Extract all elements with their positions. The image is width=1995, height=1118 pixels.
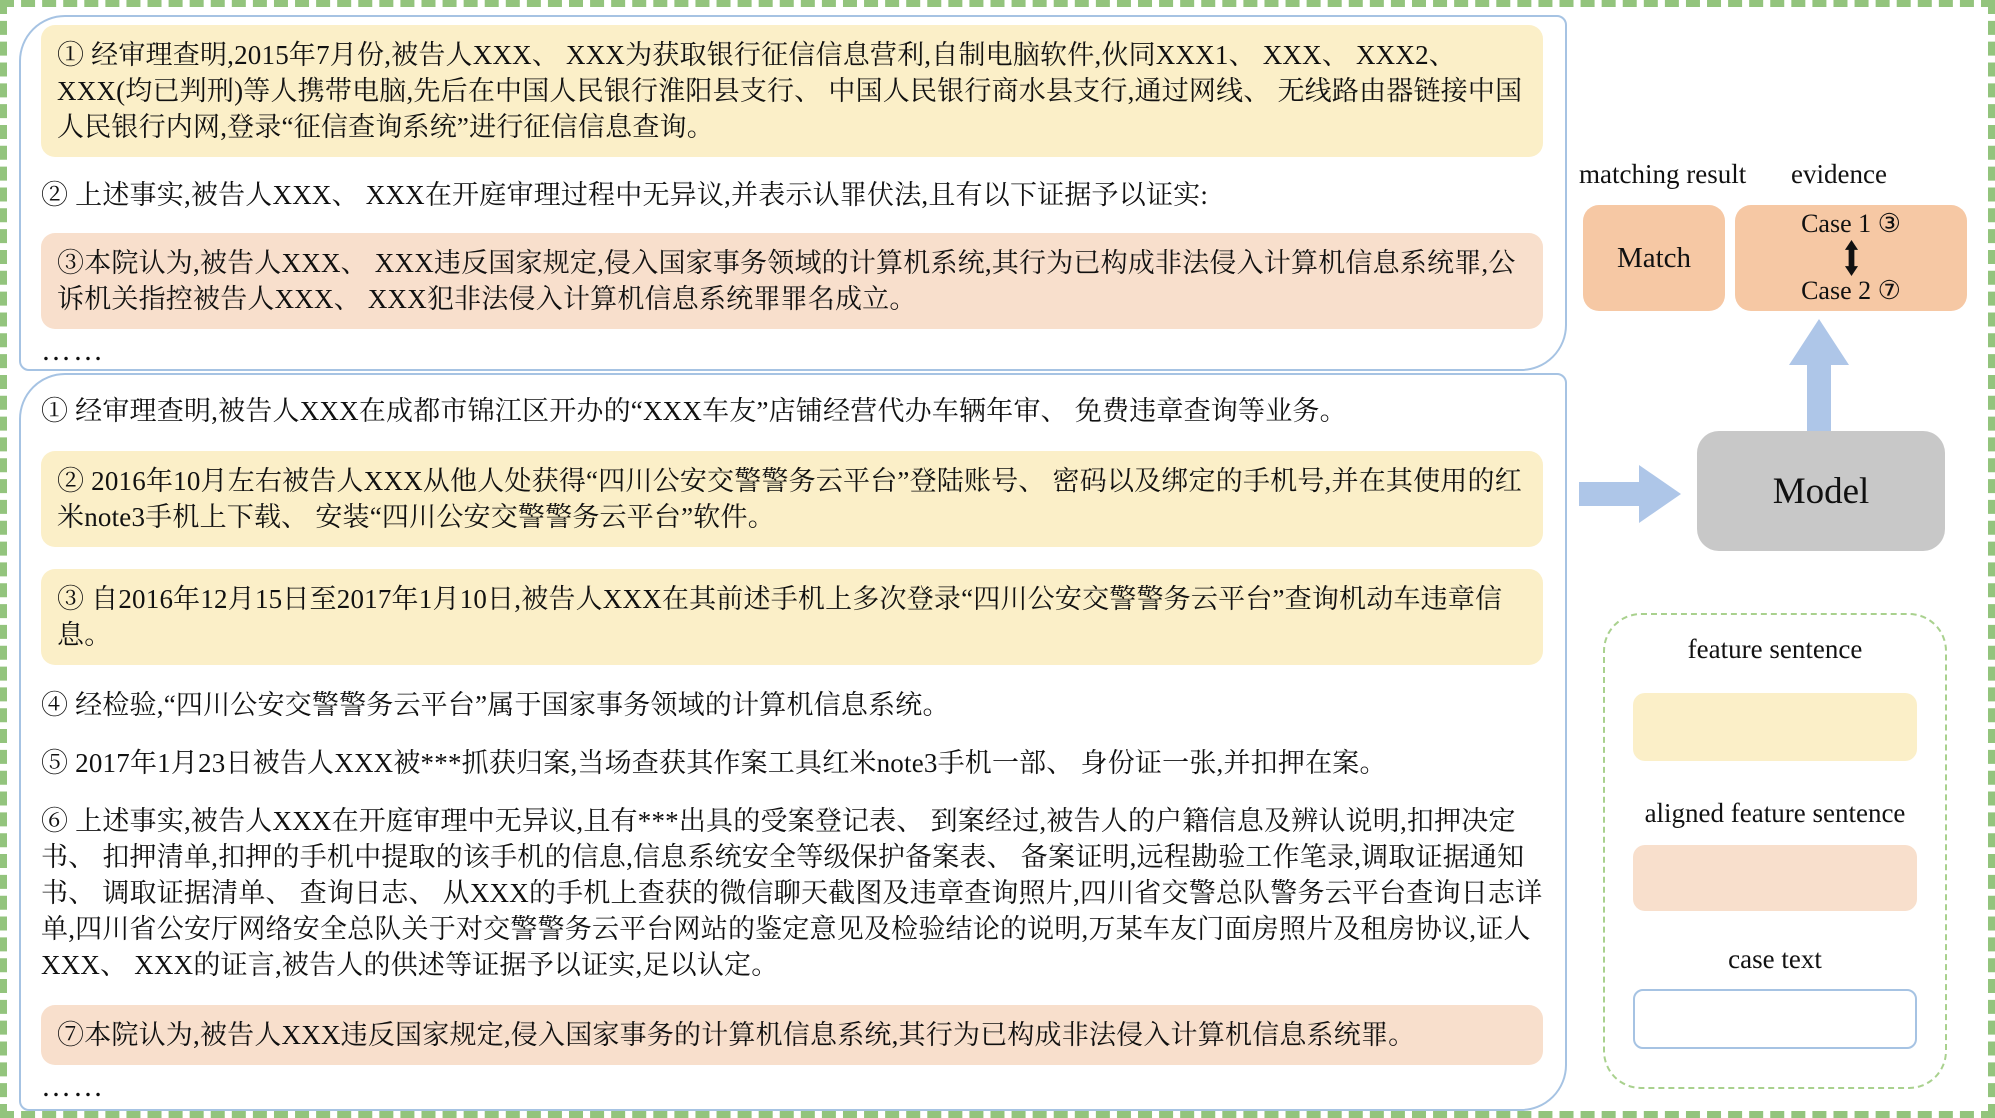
up-arrow-icon	[1789, 319, 1849, 431]
up-down-arrow-icon	[1843, 240, 1860, 276]
legend-feature-sentence-label: feature sentence	[1605, 633, 1945, 665]
case2-sentence-5: ⑤ 2017年1月23日被告人XXX被***抓获归案,当场查获其作案工具红米no…	[41, 745, 1543, 781]
case2-panel: ① 经审理查明,被告人XXX在成都市锦江区开办的“XXX车友”店铺经营代办车辆年…	[19, 373, 1567, 1111]
case1-sentence-1-feature: ① 经审理查明,2015年7月份,被告人XXX、 XXX为获取银行征信信息营利,…	[41, 25, 1543, 157]
aligned-feature-sentence-swatch	[1633, 845, 1917, 911]
match-result-box: Match	[1583, 205, 1725, 311]
case2-sentence-7-aligned: ⑦本院认为,被告人XXX违反国家规定,侵入国家事务的计算机信息系统,其行为已构成…	[41, 1005, 1543, 1065]
feature-sentence-swatch	[1633, 693, 1917, 761]
case2-sentence-6: ⑥ 上述事实,被告人XXX在开庭审理中无异议,且有***出具的受案登记表、 到案…	[41, 803, 1543, 983]
evidence-case2-ref: Case 2 ⑦	[1801, 277, 1901, 306]
match-result-value: Match	[1617, 242, 1691, 275]
figure-canvas: ① 经审理查明,2015年7月份,被告人XXX、 XXX为获取银行征信信息营利,…	[0, 0, 1995, 1118]
case2-sentence-1: ① 经审理查明,被告人XXX在成都市锦江区开办的“XXX车友”店铺经营代办车辆年…	[41, 393, 1543, 429]
case1-sentence-3-aligned: ③本院认为,被告人XXX、 XXX违反国家规定,侵入国家事务领域的计算机系统,其…	[41, 233, 1543, 329]
case1-panel: ① 经审理查明,2015年7月份,被告人XXX、 XXX为获取银行征信信息营利,…	[19, 15, 1567, 371]
case2-ellipsis: ……	[41, 1069, 1543, 1105]
right-arrow-icon	[1579, 465, 1681, 523]
legend-case-text-label: case text	[1605, 943, 1945, 975]
model-label: Model	[1773, 470, 1870, 513]
model-box: Model	[1697, 431, 1945, 551]
legend-aligned-feature-sentence-label: aligned feature sentence	[1605, 797, 1945, 829]
legend: feature sentence aligned feature sentenc…	[1603, 613, 1947, 1089]
evidence-box: Case 1 ③ Case 2 ⑦	[1735, 205, 1967, 311]
case2-sentence-4: ④ 经检验,“四川公安交警警务云平台”属于国家事务领域的计算机信息系统。	[41, 687, 1543, 723]
matching-result-label: matching result	[1579, 159, 1746, 190]
evidence-label: evidence	[1791, 159, 1887, 190]
case2-sentence-3-feature: ③ 自2016年12月15日至2017年1月10日,被告人XXX在其前述手机上多…	[41, 569, 1543, 665]
figure-frame: ① 经审理查明,2015年7月份,被告人XXX、 XXX为获取银行征信信息营利,…	[0, 0, 1995, 1118]
case-text-swatch	[1633, 989, 1917, 1049]
case2-sentence-2-feature: ② 2016年10月左右被告人XXX从他人处获得“四川公安交警警务云平台”登陆账…	[41, 451, 1543, 547]
evidence-case1-ref: Case 1 ③	[1801, 210, 1901, 239]
case1-ellipsis: ……	[41, 333, 1543, 369]
case1-sentence-2: ② 上述事实,被告人XXX、 XXX在开庭审理过程中无异议,并表示认罪伏法,且有…	[41, 177, 1543, 213]
